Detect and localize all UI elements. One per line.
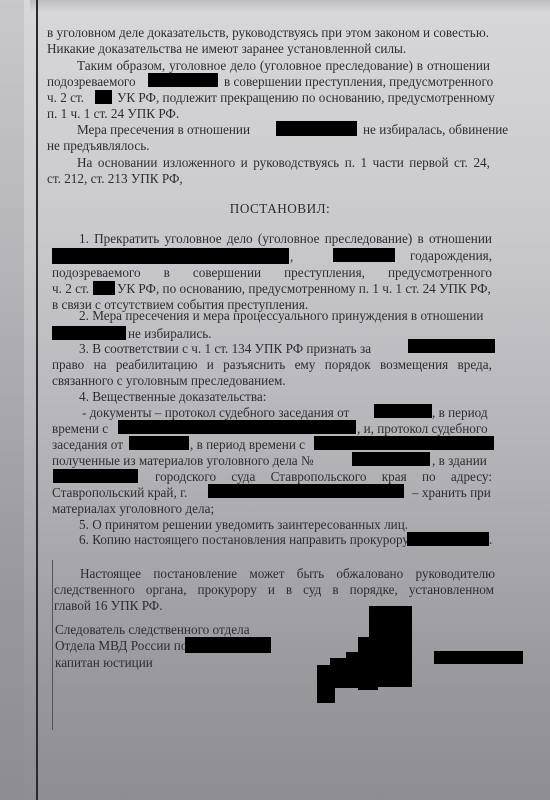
appeal-line-1: Настоящеепостановлениеможетбытьобжалован… <box>80 566 495 582</box>
redaction-date-2 <box>129 436 189 450</box>
word: части <box>373 155 404 171</box>
para-takim-line-2a: подозреваемого <box>47 74 136 90</box>
item4-line-2b: , в период <box>432 405 488 421</box>
intro-line-1: в уголовном деле доказательств, руководс… <box>47 25 512 41</box>
redaction-person-name-3 <box>408 339 495 353</box>
word: следственного <box>54 582 135 598</box>
item3-line-2: правонареабилитациюиразъяснитьемупорядок… <box>52 357 492 373</box>
item3-line-1: 3. В соответствии с ч. 1 ст. 134 УПК РФ … <box>79 341 371 357</box>
redaction-person-name-2 <box>52 326 126 340</box>
word: образом, <box>116 58 165 74</box>
item3-line-3: связанного с уголовным преследованием. <box>52 373 286 389</box>
word: может <box>249 566 284 582</box>
redaction-city-name <box>53 469 138 483</box>
word: на <box>94 357 107 373</box>
redaction-time-period-1 <box>118 420 356 434</box>
item2-line-2: не избирались. <box>128 326 212 342</box>
word: быть <box>297 566 324 582</box>
word: и <box>241 155 248 171</box>
word: преследование) <box>325 231 413 247</box>
word: уголовное <box>164 231 221 247</box>
item6-end: . <box>489 532 492 548</box>
word: преследование) <box>325 58 413 74</box>
word: края <box>382 469 407 485</box>
item6-line: 6. Копию настоящего постановления направ… <box>79 532 409 548</box>
para-mera-line-1a: Мера пресечения в отношении <box>77 122 250 138</box>
word: рождения, <box>434 248 492 264</box>
redaction-suspect-name <box>148 73 218 87</box>
word: органа, <box>146 582 187 598</box>
item4-line-5b: , в здании <box>432 453 487 469</box>
word: вреда, <box>458 357 492 373</box>
item1-comma: , <box>290 249 293 265</box>
word: совершении <box>193 265 261 281</box>
item1-line-4b: УК РФ, по основанию, предусмотренному п.… <box>117 281 492 297</box>
para-takim-line-1: Такимобразом,уголовноедело(уголовноепрес… <box>77 58 490 74</box>
word: порядок <box>325 357 371 373</box>
intro-line-2: Никакие доказательства не имеют заранее … <box>47 41 406 57</box>
redaction-full-name <box>52 248 289 264</box>
word: реабилитацию <box>116 357 198 373</box>
word: суда <box>231 469 255 485</box>
word: и <box>207 357 214 373</box>
appeal-line-2: следственногооргана,прокуроруивсудвпоряд… <box>54 582 494 598</box>
item4-line-7b: – хранить при <box>412 485 491 501</box>
para-osnovanie-line-1: Наоснованииизложенногоируководствуясьп.1… <box>77 155 490 171</box>
redaction-department <box>185 637 271 653</box>
paper-top-shadow <box>30 0 550 12</box>
word: Прекратить <box>94 231 159 247</box>
word: подозреваемого <box>52 265 141 281</box>
word: возмещения <box>380 357 448 373</box>
para-mera-line-2: не предъявлялось. <box>47 138 150 154</box>
para-osnovanie-line-2: ст. 212, ст. 213 УПК РФ, <box>47 171 183 187</box>
word: дело <box>230 58 256 74</box>
para-mera-line-1b: не избиралась, обвинение <box>363 122 508 138</box>
word: (уголовное <box>260 58 322 74</box>
word: 1 <box>361 155 368 171</box>
word: изложенного <box>163 155 235 171</box>
para-takim-line-4: п. 1 ч. 1 ст. 24 УПК РФ. <box>47 106 179 122</box>
para-takim-line-2b: в совершении преступления, предусмотренн… <box>224 74 490 90</box>
word: в <box>417 58 423 74</box>
redaction-signer-name <box>434 651 523 664</box>
signature-position-line-1: Следователь следственного отдела <box>55 622 250 638</box>
word: право <box>52 357 84 373</box>
word: основании <box>98 155 158 171</box>
word: постановление <box>153 566 237 582</box>
para-takim-line-3b: УК РФ, подлежит прекращению по основанию… <box>117 90 495 106</box>
item1-line-2: годарождения, <box>410 248 492 264</box>
word: в <box>417 231 423 247</box>
item4-line-1: 4. Вещественные доказательства: <box>79 389 266 405</box>
redaction-address <box>208 484 404 498</box>
word: дело <box>227 231 253 247</box>
word: отношении <box>427 58 490 74</box>
item1-line-3: подозреваемоговсовершениипреступления,пр… <box>52 265 492 281</box>
item1-line-4a: ч. 2 ст. <box>52 281 89 297</box>
word: преступления, <box>284 265 365 281</box>
word: и <box>268 582 275 598</box>
word: ст. <box>454 155 468 171</box>
word: в <box>286 582 292 598</box>
redaction-person-name <box>276 121 357 136</box>
item4-line-3a: времени с <box>52 421 108 437</box>
signature-position-line-2: Отдела МВД России по <box>55 638 187 654</box>
word: года <box>410 248 434 264</box>
item4-line-2a: - документы – протокол судебного заседан… <box>82 405 349 421</box>
word: первой <box>409 155 448 171</box>
item2-line-1: 2. Мера пресечения и мера процессуальног… <box>79 308 492 324</box>
word: руководствуясь <box>253 155 339 171</box>
word: На <box>77 155 92 171</box>
word: суд <box>303 582 321 598</box>
redaction-birth-year <box>333 248 395 262</box>
word: предусмотренного <box>388 265 492 281</box>
item4-line-6: городскогосудаСтавропольскогокраяпоадрес… <box>155 469 492 485</box>
word: ему <box>295 357 316 373</box>
redaction-time-period-2 <box>314 436 494 450</box>
word: Таким <box>77 58 112 74</box>
word: установленном <box>409 582 494 598</box>
item4-line-4b: , в период времени с <box>190 437 305 453</box>
item4-line-7a: Ставропольский край, г. <box>52 485 187 501</box>
word: п. <box>345 155 355 171</box>
item4-line-5a: полученные из материалов уголовного дела… <box>52 453 314 469</box>
word: прокурору <box>198 582 257 598</box>
word: Настоящее <box>80 566 141 582</box>
word: адресу: <box>451 469 492 485</box>
word: по <box>422 469 436 485</box>
word: 24, <box>473 155 489 171</box>
item1-line-1: 1.Прекратитьуголовноедело(уголовноепресл… <box>79 231 492 247</box>
appeal-line-3: главой 16 УПК РФ. <box>54 598 163 614</box>
word: (уголовное <box>258 231 320 247</box>
word: городского <box>155 469 216 485</box>
redaction-article-number <box>95 90 112 104</box>
redaction-prosecutor <box>407 532 489 546</box>
page-edge-line <box>36 0 38 800</box>
redaction-article-number-2 <box>93 281 115 295</box>
word: обжаловано <box>336 566 403 582</box>
redaction-date-1 <box>374 404 432 418</box>
word: в <box>164 265 170 281</box>
word: 1. <box>79 231 89 247</box>
signature-rank: капитан юстиции <box>55 655 153 671</box>
para-takim-line-3a: ч. 2 ст. <box>47 90 84 106</box>
word: Ставропольского <box>271 469 367 485</box>
word: уголовное <box>169 58 226 74</box>
decree-heading: ПОСТАНОВИЛ: <box>40 201 520 217</box>
item5-line: 5. О принятом решении уведомить заинтере… <box>79 517 408 533</box>
item4-line-3b: , и, протокол судебного <box>357 421 488 437</box>
word: руководителю <box>415 566 495 582</box>
word: в <box>332 582 338 598</box>
page-edge-line-inner <box>52 560 53 730</box>
word: отношении <box>429 231 492 247</box>
word: разъяснить <box>223 357 285 373</box>
item4-line-8: материалах уголовного дела; <box>52 501 214 517</box>
word: порядке, <box>350 582 398 598</box>
item4-line-4a: заседания от <box>52 437 123 453</box>
redaction-case-number <box>352 452 430 466</box>
